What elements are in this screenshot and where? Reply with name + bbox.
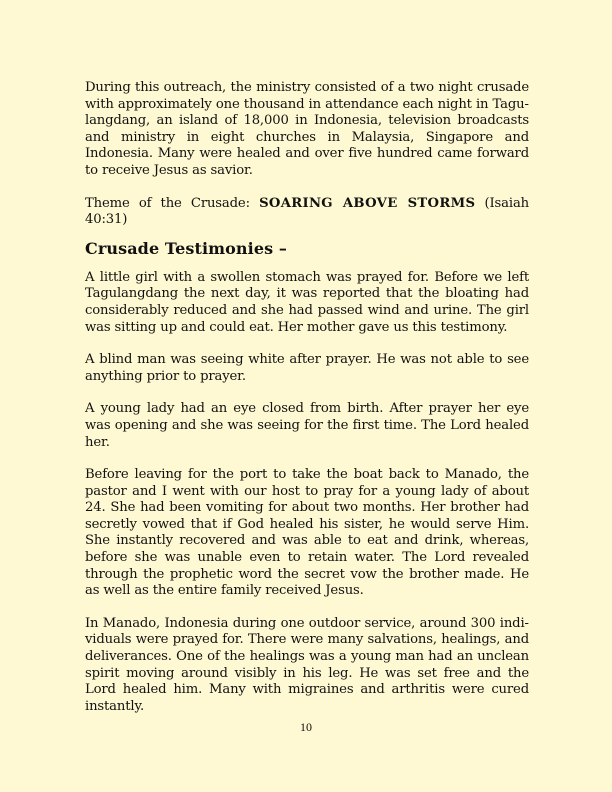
intro-paragraph: During this outreach, the ministry consi… xyxy=(85,80,529,180)
document-page: During this outreach, the ministry consi… xyxy=(85,80,529,715)
testimony-paragraph: In Manado, Indonesia during one outdoor … xyxy=(85,616,529,716)
theme-label: Theme of the Crusade: xyxy=(85,196,250,211)
page-number: 10 xyxy=(0,720,612,735)
testimony-paragraph: A blind man was seeing white after praye… xyxy=(85,352,529,385)
testimony-paragraph: A little girl with a swollen stomach was… xyxy=(85,270,529,336)
section-heading: Crusade Testimonies – xyxy=(85,239,529,259)
testimony-paragraph: Before leaving for the port to take the … xyxy=(85,467,529,600)
crusade-theme: Theme of the Crusade: SOARING ABOVE STOR… xyxy=(85,196,529,229)
theme-title: SOARING ABOVE STORMS xyxy=(259,196,475,211)
testimony-paragraph: A young lady had an eye closed from birt… xyxy=(85,401,529,451)
